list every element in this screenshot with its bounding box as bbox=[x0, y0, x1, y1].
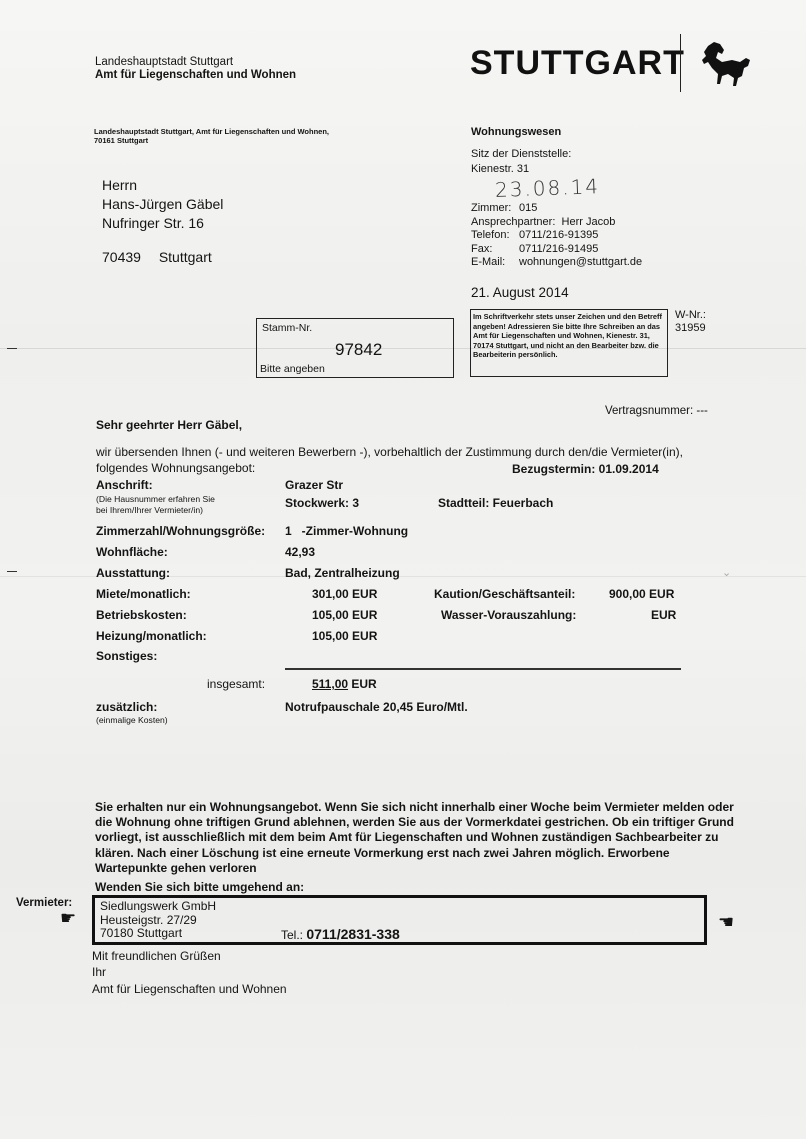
additional-value: Notrufpauschale 20,45 Euro/Mtl. bbox=[285, 700, 468, 714]
water-label: Wasser-Vorauszahlung: bbox=[441, 608, 576, 622]
closing-line: Ihr bbox=[92, 964, 287, 980]
recipient-zip: 70439 bbox=[102, 249, 141, 265]
contact-value: 015 bbox=[519, 202, 642, 216]
operating-costs-label: Betriebskosten: bbox=[96, 608, 187, 622]
horse-icon bbox=[698, 40, 754, 88]
sender-city: Landeshauptstadt Stuttgart bbox=[95, 56, 233, 68]
intro-line: wir übersenden Ihnen (- und weiteren Bew… bbox=[96, 444, 683, 460]
letter-date: 21. August 2014 bbox=[471, 285, 569, 300]
fold-mark bbox=[7, 348, 17, 349]
address-note: (Die Hausnummer erfahren Sie bei Ihrem/I… bbox=[96, 494, 215, 516]
logo-divider bbox=[680, 34, 681, 92]
closing: Mit freundlichen Grüßen Ihr Amt für Lieg… bbox=[92, 948, 287, 997]
reference-number: 97842 bbox=[335, 340, 382, 360]
contact-value: Herr Jacob bbox=[562, 216, 616, 228]
floor-value: Stockwerk: 3 bbox=[285, 496, 359, 510]
landlord-phone: Tel.: 0711/2831-338 bbox=[281, 926, 400, 942]
contact-label: Zimmer: bbox=[471, 202, 519, 216]
closing-signature: Amt für Liegenschaften und Wohnen bbox=[92, 981, 287, 997]
contact-person: Ansprechpartner: Herr Jacob bbox=[471, 216, 642, 230]
address-note-line: (Die Hausnummer erfahren Sie bbox=[96, 494, 215, 505]
recipient-city: Stuttgart bbox=[159, 249, 212, 265]
operating-costs-value: 105,00 EUR bbox=[312, 608, 377, 622]
w-number-label: W-Nr.: bbox=[675, 309, 706, 322]
office-seat-label: Sitz der Dienststelle: bbox=[471, 147, 571, 162]
email-link[interactable]: wohnungen@stuttgart.de bbox=[519, 256, 642, 270]
move-in-date: Bezugstermin: 01.09.2014 bbox=[512, 462, 659, 476]
recipient-address: Herrn Hans-Jürgen Gäbel Nufringer Str. 1… bbox=[102, 176, 223, 233]
pointing-hand-icon: ☛ bbox=[60, 908, 76, 929]
landlord-phone-number[interactable]: 0711/2831-338 bbox=[306, 926, 399, 942]
closing-greeting: Mit freundlichen Grüßen bbox=[92, 948, 287, 964]
deposit-label: Kaution/Geschäftsanteil: bbox=[434, 587, 575, 601]
area-value: 42,93 bbox=[285, 545, 315, 559]
punch-mark bbox=[7, 571, 17, 572]
recipient-city-line: 70439 Stuttgart bbox=[102, 249, 226, 265]
contact-label: Ansprechpartner: bbox=[471, 216, 555, 228]
pencil-mark: ⌄ bbox=[722, 566, 731, 579]
deletion-notice: Sie erhalten nur ein Wohnungsangebot. We… bbox=[95, 800, 735, 876]
contact-label: E-Mail: bbox=[471, 256, 519, 270]
landlord-box: Siedlungswerk GmbH Heusteigstr. 27/29 70… bbox=[92, 895, 707, 945]
rent-label: Miete/monatlich: bbox=[96, 587, 191, 601]
salutation: Sehr geehrter Herr Gäbel, bbox=[96, 418, 242, 432]
rooms-label: Zimmerzahl/Wohnungsgröße: bbox=[96, 524, 265, 538]
heating-label: Heizung/monatlich: bbox=[96, 629, 207, 643]
district-value: Stadtteil: Feuerbach bbox=[438, 496, 553, 510]
recipient-title: Herrn bbox=[102, 176, 223, 195]
total-label: insgesamt: bbox=[207, 677, 265, 691]
fax-value: 0711/216-91495 bbox=[519, 243, 642, 257]
contract-number: Vertragsnummer: --- bbox=[605, 405, 708, 417]
contact-row: Ansprechpartner: Herr Jacob bbox=[471, 216, 642, 230]
reference-number-box: Stamm-Nr. 97842 Bitte angeben bbox=[256, 318, 454, 378]
rent-value: 301,00 EUR bbox=[312, 587, 377, 601]
sender-office: Amt für Liegenschaften und Wohnen bbox=[95, 69, 296, 81]
heating-value: 105,00 EUR bbox=[312, 629, 377, 643]
department: Wohnungswesen bbox=[471, 126, 561, 138]
total-value: 511,00 EUR bbox=[312, 677, 377, 691]
landlord-city: 70180 Stuttgart bbox=[100, 927, 216, 941]
contact-row: Zimmer: 015 bbox=[471, 202, 642, 216]
water-value: EUR bbox=[651, 608, 676, 622]
w-number: W-Nr.: 31959 bbox=[675, 309, 706, 335]
phone-value[interactable]: 0711/216-91395 bbox=[519, 229, 642, 243]
total-amount: 511,00 bbox=[312, 677, 348, 691]
office-seat: Sitz der Dienststelle: Kienestr. 31 bbox=[471, 147, 571, 177]
contact-row: E-Mail: wohnungen@stuttgart.de bbox=[471, 256, 642, 270]
return-address-line: 70161 Stuttgart bbox=[94, 136, 329, 145]
contact-prompt: Wenden Sie sich bitte umgehend an: bbox=[95, 880, 304, 894]
total-divider bbox=[285, 668, 681, 670]
landlord-address: Siedlungswerk GmbH Heusteigstr. 27/29 70… bbox=[100, 900, 216, 941]
area-label: Wohnfläche: bbox=[96, 545, 168, 559]
contact-label: Telefon: bbox=[471, 229, 519, 243]
contact-row: Fax: 0711/216-91495 bbox=[471, 243, 642, 257]
w-number-value: 31959 bbox=[675, 322, 706, 335]
city-logo: STUTTGART bbox=[470, 44, 685, 83]
recipient-street: Nufringer Str. 16 bbox=[102, 214, 223, 233]
recipient-name: Hans-Jürgen Gäbel bbox=[102, 195, 223, 214]
contact-details: Zimmer: 015 Ansprechpartner: Herr Jacob … bbox=[471, 202, 642, 270]
other-label: Sonstiges: bbox=[96, 649, 157, 663]
equipment-value: Bad, Zentralheizung bbox=[285, 566, 400, 580]
contact-row: Telefon: 0711/216-91395 bbox=[471, 229, 642, 243]
address-note-line: bei Ihrem/Ihrer Vermieter/in) bbox=[96, 505, 215, 516]
return-address-line: Landeshauptstadt Stuttgart, Amt für Lieg… bbox=[94, 127, 329, 136]
additional-note: (einmalige Kosten) bbox=[96, 715, 168, 726]
equipment-label: Ausstattung: bbox=[96, 566, 170, 580]
deposit-value: 900,00 EUR bbox=[609, 587, 674, 601]
pointing-hand-icon: ☛ bbox=[718, 912, 734, 933]
contact-label: Fax: bbox=[471, 243, 519, 257]
landlord-street: Heusteigstr. 27/29 bbox=[100, 914, 216, 928]
rooms-value: 1 -Zimmer-Wohnung bbox=[285, 524, 408, 538]
address-value: Grazer Str bbox=[285, 478, 343, 492]
additional-label: zusätzlich: bbox=[96, 700, 157, 714]
landlord-phone-label: Tel.: bbox=[281, 928, 303, 942]
reference-label: Stamm-Nr. bbox=[262, 322, 312, 334]
correspondence-notice: Im Schriftverkehr stets unser Zeichen un… bbox=[470, 309, 668, 377]
landlord-name: Siedlungswerk GmbH bbox=[100, 900, 216, 914]
total-currency: EUR bbox=[351, 677, 376, 691]
address-label: Anschrift: bbox=[96, 478, 153, 492]
return-address: Landeshauptstadt Stuttgart, Amt für Lieg… bbox=[94, 127, 329, 145]
handwritten-date: 23.08.14 bbox=[495, 174, 601, 202]
reference-hint: Bitte angeben bbox=[260, 363, 325, 375]
